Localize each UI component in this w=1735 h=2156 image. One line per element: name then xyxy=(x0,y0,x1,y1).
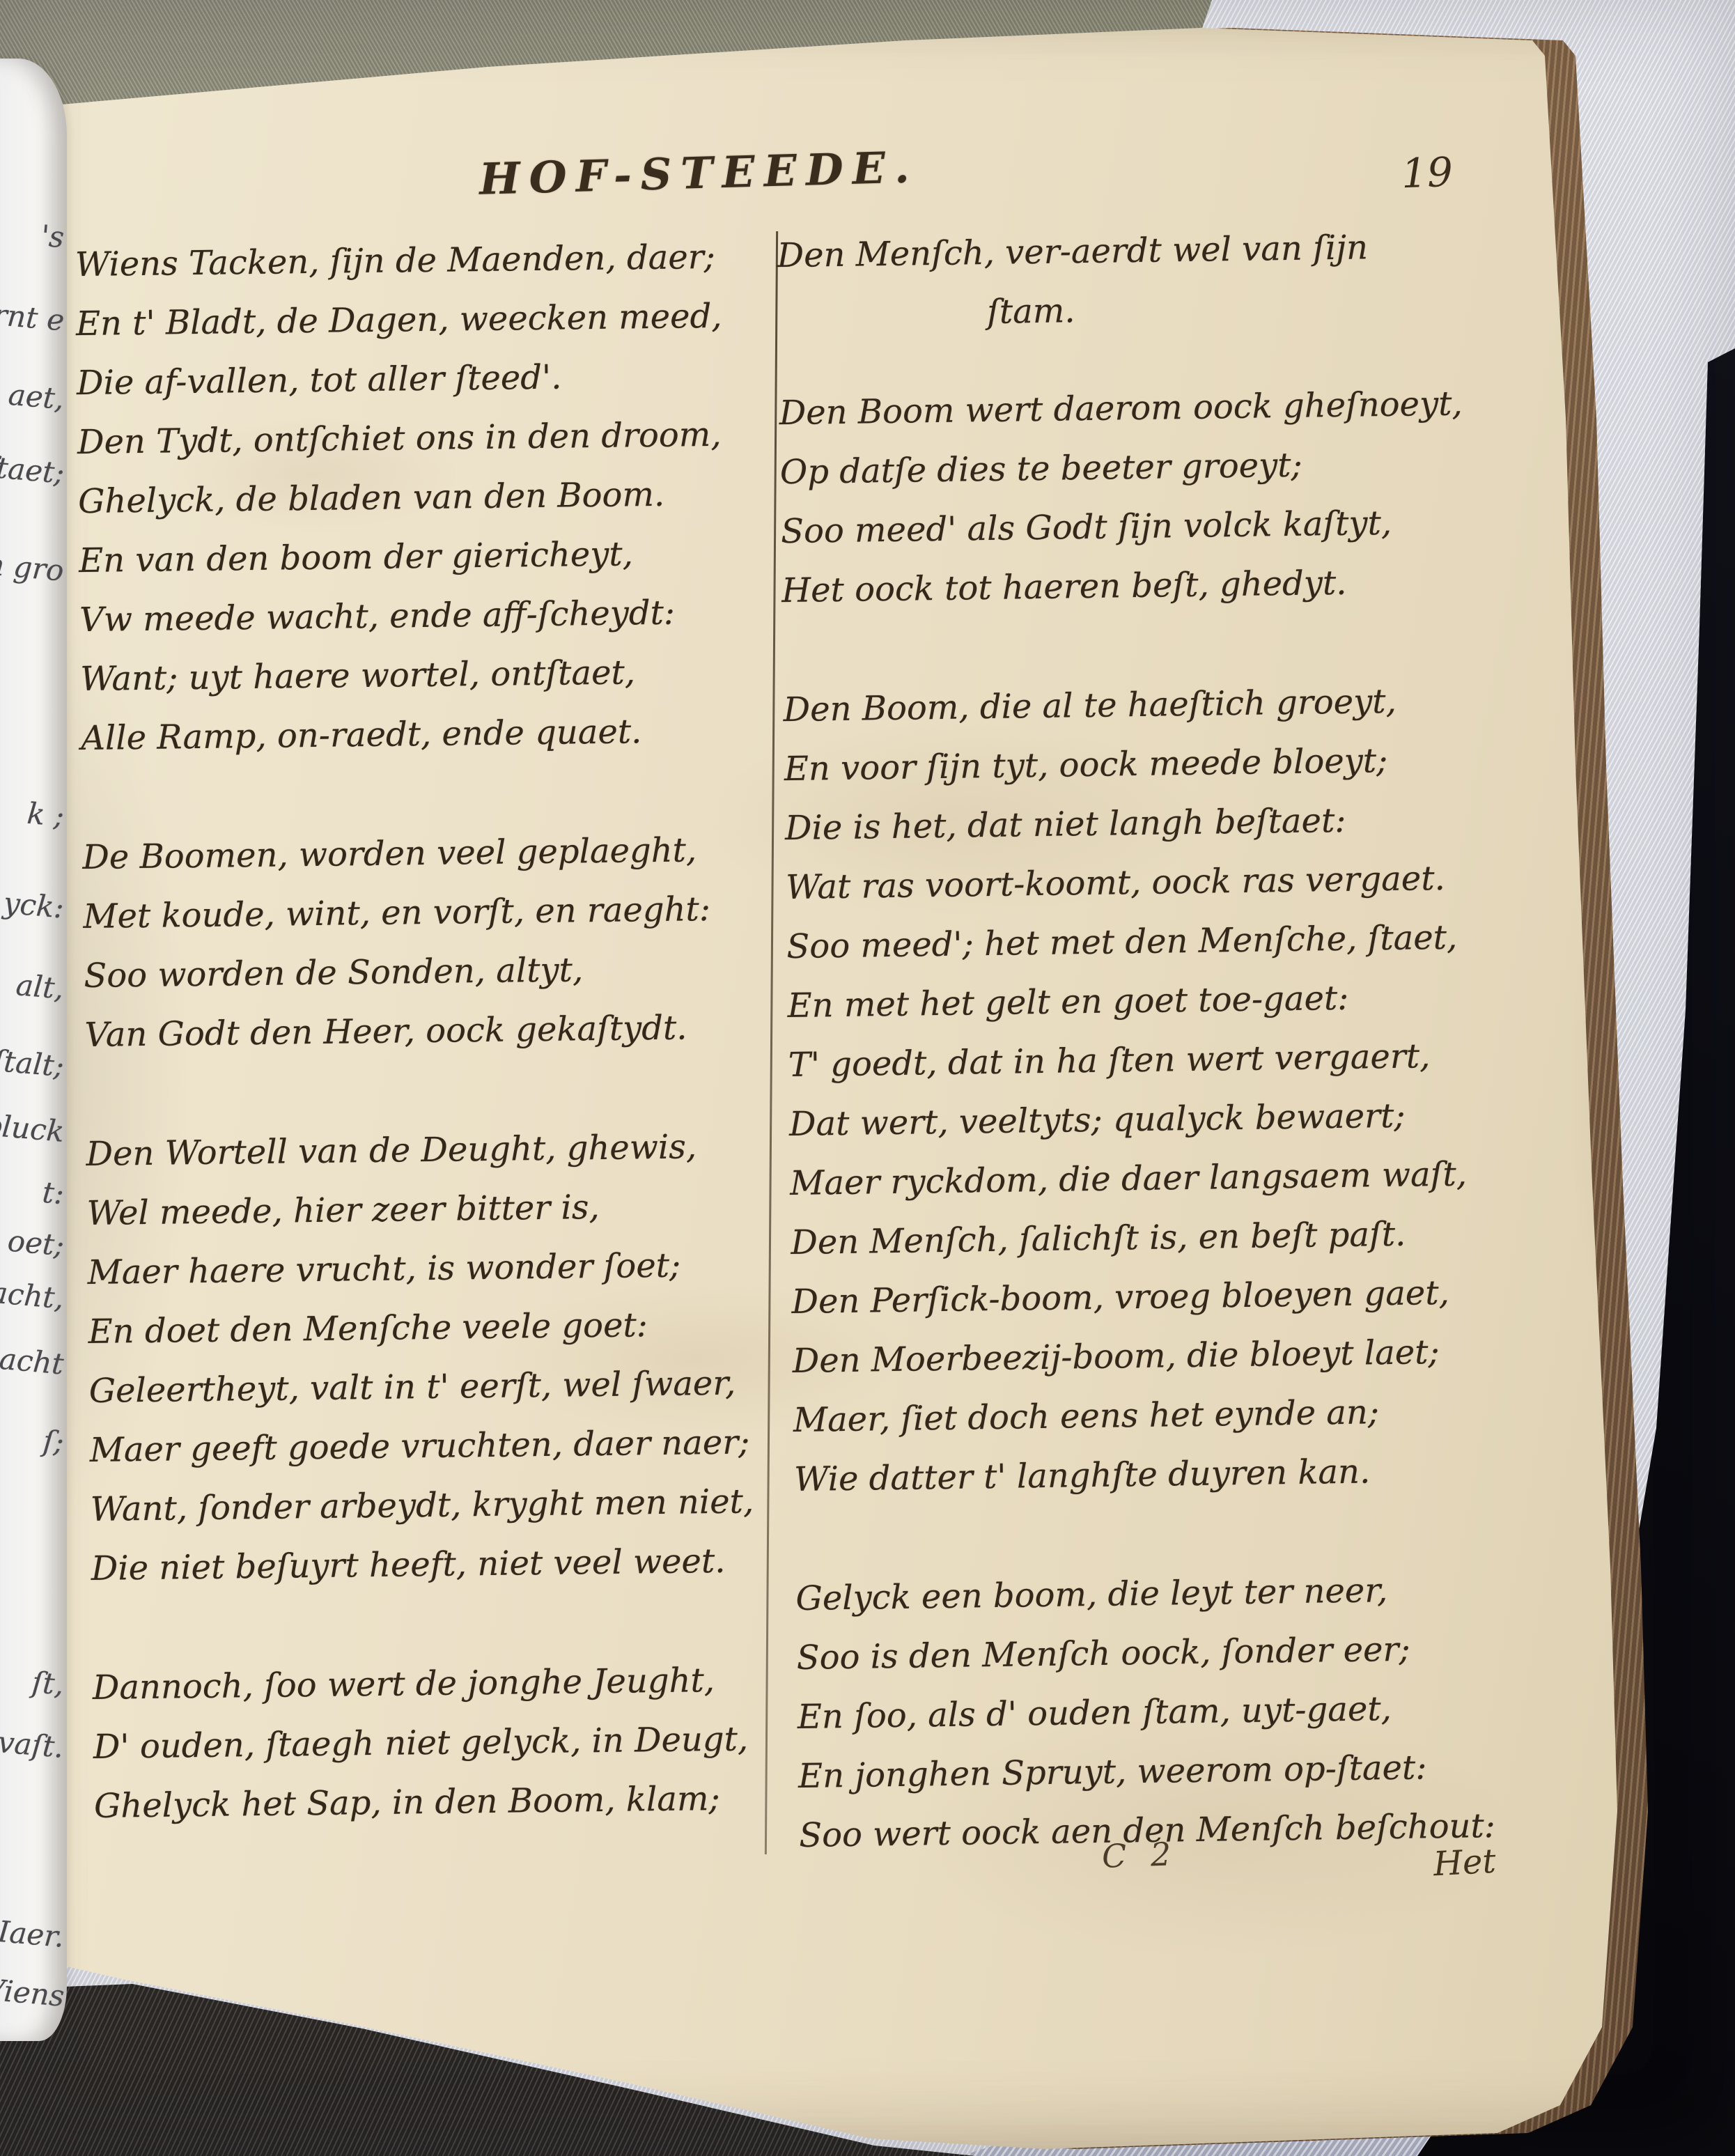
verse-line: Maer, ſiet doch eens het eynde an; xyxy=(793,1381,1497,1450)
verse-line: De Boomen, worden veel geplaeght, xyxy=(82,820,769,887)
verse-line: Den Tydt, ontſchiet ons in den droom, xyxy=(77,405,764,472)
verse-line: En met het gelt en goet toe-gaet: xyxy=(787,967,1491,1036)
verse-line: Maer haere vrucht, is wonder ſoet; xyxy=(87,1235,774,1303)
margin-fragment: 's xyxy=(40,219,65,255)
verse-line: Dannoch, ſoo wert de jonghe Jeught, xyxy=(92,1650,779,1718)
verse-line: En ſoo, als d' ouden ſtam, uyt-gaet, xyxy=(797,1678,1501,1747)
stanza: Den Boom wert daerom oock gheſnoeyt,Op d… xyxy=(779,374,1486,621)
verse-line: Alle Ramp, on-raedt, ende quaet. xyxy=(81,701,768,768)
margin-fragment: k ; xyxy=(26,796,65,833)
verse-line: Die is het, dat niet langh beſtaet: xyxy=(784,789,1488,858)
verse-line: Ghelyck het Sap, in den Boom, klam; xyxy=(94,1769,781,1836)
verse-line: Den Boom, die al te haeſtich groeyt, xyxy=(783,671,1487,740)
verse-line: Soo worden de Sonden, altyt, xyxy=(84,938,770,1006)
stanza: Wiens Tacken, ſijn de Maenden, daer;En t… xyxy=(75,227,767,768)
right-column: Den Menſch, ver-aerdt wel van ſijnſtam.D… xyxy=(777,217,1504,1925)
verse-line: Soo is den Menſch oock, ſonder eer; xyxy=(796,1619,1500,1688)
verse-line: Gelyck een boom, die leyt ter neer, xyxy=(795,1560,1500,1629)
verse-line: En doet den Menſche veele goet: xyxy=(88,1294,775,1362)
verse-line: Wiens Tacken, ſijn de Maenden, daer; xyxy=(75,227,761,295)
margin-fragment: pluck xyxy=(0,1108,65,1149)
verse-line: Soo meed'; het met den Menſche, ſtaet, xyxy=(786,908,1491,977)
margin-fragment: t: xyxy=(41,1175,65,1211)
margin-fragment: Viens xyxy=(0,1972,65,2013)
margin-fragment: aet, xyxy=(7,378,65,417)
verse-line: Geleertheyt, valt in t' eerſt, wel ſwaer… xyxy=(88,1354,775,1421)
verse-line: Dat wert, veeltyts; qualyck bewaert; xyxy=(788,1085,1493,1154)
stanza: Den Wortell van de Deught, ghewis,Wel me… xyxy=(86,1117,777,1599)
stanza: Den Menſch, ver-aerdt wel van ſijnſtam. xyxy=(777,217,1481,345)
verse-line: Den Moerbeezij-boom, die bloeyt laet; xyxy=(792,1322,1496,1391)
margin-fragment: yck: xyxy=(2,885,65,924)
verse-line: Den Menſch, ver-aerdt wel van ſijn xyxy=(777,217,1481,286)
margin-fragment: ſtaet; xyxy=(0,449,65,490)
margin-fragment: ornt e xyxy=(0,296,65,338)
verse-line: ſtam. xyxy=(777,279,1284,345)
catchword: Het xyxy=(1433,1842,1497,1884)
verse-line: Op datſe dies te beeter groeyt; xyxy=(779,433,1484,502)
verse-line: Den Menſch, ſalichſt is, en beſt paſt. xyxy=(791,1204,1495,1273)
stanza: De Boomen, worden veel geplaeght,Met kou… xyxy=(82,820,771,1065)
margin-fragment: ſ; xyxy=(42,1424,65,1459)
margin-fragment: e-acht xyxy=(0,1339,65,1381)
stanza: Den Boom, die al te haeſtich groeyt,En v… xyxy=(783,671,1498,1510)
margin-fragment: Iaer. xyxy=(0,1914,65,1954)
signature-mark: C 2 xyxy=(1101,1835,1178,1875)
book-page: HOF-STEEDE. 19 Wiens Tacken, ſijn de Mae… xyxy=(0,0,1735,2156)
verse-line: Van Godt den Heer, oock gekaſtydt. xyxy=(84,998,771,1065)
margin-fragment: oet; xyxy=(6,1224,65,1263)
verse-line: Met koude, wint, en vorſt, en raeght: xyxy=(83,879,770,947)
verse-line: Den Wortell van de Deught, ghewis, xyxy=(86,1117,772,1184)
verse-line: Den Boom wert daerom oock gheſnoeyt, xyxy=(779,374,1483,443)
verse-line: En t' Bladt, de Dagen, weecken meed, xyxy=(76,286,763,354)
verse-line: Maer ryckdom, die daer langsaem waſt, xyxy=(790,1145,1494,1213)
margin-fragment: n gro xyxy=(0,547,65,588)
verse-line: Want, ſonder arbeydt, kryght men niet, xyxy=(90,1472,777,1540)
margin-fragment: acht, xyxy=(0,1275,65,1315)
margin-fragment: alt, xyxy=(15,968,65,1006)
stanza: Gelyck een boom, die leyt ter neer,Soo i… xyxy=(795,1560,1503,1866)
verse-line: Soo meed' als Godt ſijn volck kaſtyt, xyxy=(781,493,1485,561)
verse-line: En jonghen Spruyt, weerom op-ſtaet: xyxy=(798,1737,1502,1806)
verse-line: Die niet beſuyrt heeft, niet veel weet. xyxy=(91,1531,777,1599)
left-column: Wiens Tacken, ſijn de Maenden, daer;En t… xyxy=(75,227,781,1896)
page-number: 19 xyxy=(1401,148,1454,198)
verse-line: Maer geeft goede vruchten, daer naer; xyxy=(89,1413,776,1480)
margin-fragment: ſtalt; xyxy=(0,1044,65,1084)
verse-line: En voor ſijn tyt, oock meede bloeyt; xyxy=(784,730,1488,799)
verse-line: Want; uyt haere wortel, ontſtaet, xyxy=(80,642,767,709)
verse-line: T' goedt, dat in ha ſten wert vergaert, xyxy=(788,1026,1492,1095)
margin-fragment: vaſt. xyxy=(0,1725,65,1765)
book-photo: HOF-STEEDE. 19 Wiens Tacken, ſijn de Mae… xyxy=(0,0,1735,2156)
verse-line: En van den boom der giericheyt, xyxy=(79,523,765,591)
verse-line: Die af-vallen, tot aller ſteed'. xyxy=(77,346,763,413)
verse-line: D' ouden, ſtaegh niet gelyck, in Deugt, xyxy=(93,1709,779,1777)
verse-line: Wel meede, hier zeer bitter is, xyxy=(86,1176,773,1243)
verse-line: Den Perſick-boom, vroeg bloeyen gaet, xyxy=(791,1263,1495,1332)
verse-line: Ghelyck, de bladen van den Boom. xyxy=(78,464,765,532)
verse-line: Het oock tot haeren beſt, ghedyt. xyxy=(781,552,1486,621)
verse-line: Wat ras voort-koomt, oock ras vergaet. xyxy=(786,848,1490,917)
facing-page-edge: 'sornt eaet,ſtaet;n grok ;yck:alt,ſtalt;… xyxy=(0,59,67,2041)
stanza: Dannoch, ſoo wert de jonghe Jeught,D' ou… xyxy=(92,1650,780,1836)
verse-line: Wie datter t' langhſte duyren kan. xyxy=(794,1441,1498,1510)
margin-fragment: ſt, xyxy=(31,1665,65,1702)
verse-line: Vw meede wacht, ende aff-ſcheydt: xyxy=(79,582,766,650)
